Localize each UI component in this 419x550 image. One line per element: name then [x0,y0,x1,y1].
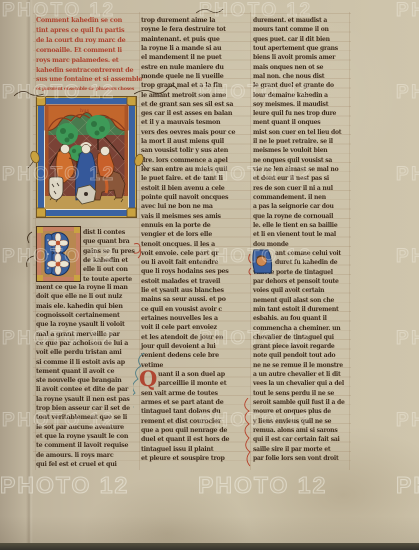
text-line: remua. alons ami si sarons [253,426,345,435]
text-line: nement quil alast son che [253,296,345,305]
text-line: leure quil fu nes trop dure [253,109,341,118]
text-line: il ne le puet retraire. se il [253,137,341,146]
text-line: que quant bra [83,237,138,246]
text-line: lie et ysault aus blanches [141,286,235,295]
initial-corner-gold [74,275,80,281]
text-line: trop bien asseur car il set de [36,404,130,413]
miniature-inscription: hus [80,108,89,114]
text-line: tintaguel tant dolans du [141,407,229,416]
text-line: ennuis en la porte de [141,221,235,230]
side-colonette [125,105,129,209]
text-line: avec lui ne bon ne ma [141,202,235,211]
text-line: uant il a son duel ap [158,370,229,379]
text-line: qui il est car certain fait sai [253,435,345,444]
text-line: mais ele. kahedin qui bien [36,302,130,311]
text-line: de la court du roy marc de [36,36,142,46]
column-2-paragraph: Q uant il a son duel apparceillie il mon… [141,370,229,463]
text-line: la royne ysault il nen est pas [36,395,130,404]
text-line: saille sire il par morte et [253,445,345,454]
text-line: armes et se part atant de [141,398,229,407]
text-line: moure et onques plus de [253,407,345,416]
text-line: doit que elle ne li out nulz [36,292,130,301]
text-line: res de son cuer il ni a nul [253,184,341,193]
text-line: ou li avoit fait entendre [141,258,235,267]
stock-photo-medieval-manuscript: Comment kahedin se contint apres ce quil… [0,0,419,550]
text-line: que li roys hodains ses pes [141,267,235,276]
watermark-text: PHOTO 12 [396,1,419,20]
text-line: meismes le vouloit bien [253,146,341,155]
column-1-text: ment ce que la royne li mandoit que elle… [36,283,130,469]
text-line: venient dedens cele bre [141,351,235,360]
text-line: que la royne ysault li voloit [36,320,130,329]
text-line: mains sa seur aussi. et po [141,295,235,304]
text-line: par folie lors sen vont droit [253,454,345,463]
text-line: mal non. che nous dist [253,72,341,81]
text-line: dist li contes [83,228,138,237]
text-line: que a pou quil nenrage de [141,426,229,435]
text-line: voies quil avoit certain [253,286,345,295]
tree [86,115,110,139]
text-line: te comment il lavoit requise [36,441,130,450]
ruling-vertical-line [349,12,350,470]
text-line: esbahis. au fou quant il [253,314,345,323]
tree [56,123,78,145]
text-line: ce que par achoison de lui a [36,339,130,348]
text-line: vees la un chevalier qui a del [253,379,345,388]
initial-corner-gold [37,227,43,233]
page-crease [26,0,33,550]
text-line: durement. et maudist a [253,16,341,25]
text-line: que la royne de cornouail [253,212,341,221]
penwork-squiggle [14,86,46,100]
initial-red-flourish [249,254,251,275]
initial-corner-gold [37,275,43,281]
text-line: ment ce que la royne li man [36,283,130,292]
text-line: estoit il bien avenu a cele [141,184,235,193]
text-line: kahedin sentracontrerent de [36,66,142,76]
text-line: ges car il est asses en balan [141,109,235,118]
text-line: ques puet. car il dit bien [253,35,341,44]
text-line: gains se fu pres [83,247,138,256]
watermark-text: PHOTO 12 [396,165,419,184]
watermark-text: PHOTO 12 [198,474,327,497]
text-line: voit envoie. cele part qr [141,249,235,258]
watermark-text: PHOTO 12 [396,474,419,497]
text-line: pointe quil navoit oncques [141,193,235,202]
text-line: et li en vienent tout le mal [253,230,341,239]
text-line: et parolent ensemble de pluseurs choses [36,85,142,95]
text-line: par dehors et pensoit toute [253,277,345,286]
column-3-text-bottom: vant le porte de tintaguelpar dehors et … [253,268,345,464]
text-line: commandement. il nen [253,193,341,202]
text-line: min tant estoit il durement [253,305,345,314]
red-margin-mark [131,241,143,259]
text-line: royne le fera destruire tot [141,25,235,34]
side-colonette [45,105,49,209]
text-line: sus une fontaine et si assemble [36,75,142,85]
text-line: ler san entre au miels quil [141,165,235,174]
text-line: vers des oevres mais pour ce [141,128,235,137]
gold-ivy-leaf [26,150,42,170]
text-line: duret fu kahedin de [275,258,345,267]
text-line: le sot par aucune aventure [36,423,130,432]
text-line: rement et dist courocier [141,417,229,426]
text-line: lour demaine kahedin a [253,91,341,100]
text-line: et que la royne ysault le con [36,432,130,441]
text-line: duel et quant il est hors de [141,435,229,444]
text-line: grant piece lavoit regarde [253,342,345,351]
text-line: roys marc palamedes. et [36,56,142,66]
text-line: vengier et de lors elle [141,230,235,239]
column-3-paragraph: ant comme celui voitduret fu kahedin de … [253,249,345,463]
text-line: et pleure et souspire trop [141,454,229,463]
text-line: Comment kahedin se con [36,16,142,26]
text-line: trop durement aime la [141,16,235,25]
hanging-shield [49,177,63,200]
text-line: el mandement il ne puet [141,53,235,62]
watermark-text: PHOTO 12 [0,474,129,497]
text-line: le. elle le tient en sa baillie [253,221,341,230]
text-line: maintenant. et puis que [141,35,235,44]
corner-gold-square [127,208,136,217]
margin-penwork-curls [22,230,36,274]
gold-ivy-leaf [132,153,150,173]
text-line: elle li out con [83,265,138,274]
initial-corner-gold [74,227,80,233]
text-line: ne onques quil vousist sa [253,156,341,165]
text-line: monde quele ne li vueille [141,72,235,81]
text-line: tint apres ce quil fu partis [36,26,142,36]
text-line: ant comme celui voit [275,249,345,258]
text-line: de amours. li roys marc [36,451,130,460]
text-line: tenoit oncques. il les a [141,240,235,249]
text-line: parceillie il monte et [158,379,229,388]
penwork-squiggle [196,6,224,16]
text-line: tout apertement que grans [253,44,341,53]
text-line: et de grant san ses sil est sa [141,100,235,109]
text-line: le grant duel et grante do [253,81,341,90]
text-line: a pas la seignorie car dou [253,202,341,211]
text-line: voit il cele part envoiez [141,323,235,332]
column-2-text-bottom: sen vait arme de toutesarmes et se part … [141,389,229,464]
text-line: et il y a mauvais tesmon [141,118,235,127]
text-line: tement quant il avoit ce [36,367,130,376]
rubric: Comment kahedin se contint apres ce quil… [36,16,142,95]
text-line: cornoaille. Et comment li [36,46,142,56]
text-line: note quil pendoit tout ado [253,351,345,360]
bottom-shadow [0,516,419,544]
column-3-text-top: durement. et maudist amours tant comme i… [253,16,341,249]
text-line: la mort il aust miens quil [141,137,235,146]
text-line: mist son cuer en tel lieu dot [253,128,341,137]
column-2-text-top: trop durement aime laroyne le fera destr… [141,16,235,370]
text-line: tout veritablement que se li [36,413,130,422]
text-line: san vousist tolir y sus aten [141,146,235,155]
watermark-text: PHOTO 12 [396,411,419,430]
watermark-text: PHOTO 12 [396,329,419,348]
text-line: ertaines nouvelles les a [141,314,235,323]
text-line: commencha a cheminer. un [253,324,345,333]
text-line: mais onques nen ot se [253,63,341,72]
text-line: ce quil en vousist avoir c [141,305,235,314]
text-line: et dont eur il nest pas si [253,174,341,183]
text-line: vais il meismes ses amis [141,212,235,221]
text-line: mal a grant merveille par [36,330,130,339]
text-line: ne ne se remue il le monstre [253,361,345,370]
miniature-painting: hus [36,96,137,218]
corner-gold-square [37,208,46,217]
text-line: le puet faire. et de tant li [141,174,235,183]
text-line: biens li avoit promis amer [253,53,341,62]
text-line: cognoissoit certainement [36,311,130,320]
watermark-text: PHOTO 12 [396,83,419,102]
text-line: et les atendoit de jour en [141,333,235,342]
text-line: estoit malades et traveil [141,277,235,286]
photo-bottom-edge [0,543,419,550]
text-line: dre. lors commence a apel [141,156,235,165]
watermark-text: PHOTO 12 [396,247,419,266]
text-line: a un autre chevalier et li dit [253,370,345,379]
text-line: jour quil devoient a lui [141,342,235,351]
red-penwork-flourish [240,398,254,468]
text-line: qui fel est et cruel et qui [36,460,130,469]
text-line: y liens envieus quil ne se [253,417,345,426]
text-line: seroit samble quil fust il a de [253,398,345,407]
illuminated-initial-E [36,226,81,282]
text-line: li avoit contee et dite de par [36,385,130,394]
text-line: tintaguel issu il plaint [141,445,229,454]
text-line: la royne li a mande si au [141,44,235,53]
penwork-squiggle [134,82,178,100]
text-line: de kahedin et [83,256,138,265]
illuminated-initial-A [248,248,276,276]
text-line: ment quant il onques [253,118,341,127]
text-line: si comme il li estoit avis ap [36,358,130,367]
text-line: chevalier de tintaguel qui [253,333,345,342]
initial-q-flourish [133,352,147,428]
text-line: mours tant comme il on [253,25,341,34]
text-line: ste nouvelle que brangain [36,376,130,385]
text-line: estre en nule maniere du [141,63,235,72]
column-1-initial-side-text: dist li contesque quant bragains se fu p… [83,228,138,284]
text-line: voit elle perdu tristan ami [36,348,130,357]
text-line: soy meismes. il maudist [253,100,341,109]
text-line: vie ne len aimast se mal no [253,165,341,174]
text-line: tout le sens perdu il ne se [253,389,345,398]
